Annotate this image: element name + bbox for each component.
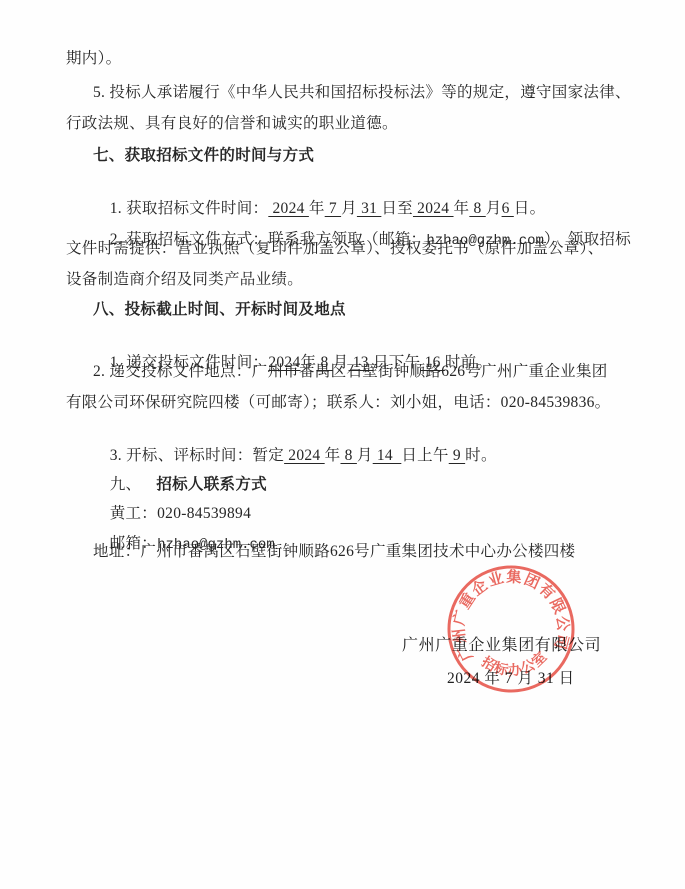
company-seal: 广州广重企业集团有限公司 招标办公室 <box>435 553 587 705</box>
text-run: 5. 投标人承诺履行《中华人民共和国招标投标法》等的规定，遵守国家法律、 <box>93 84 631 101</box>
text-run: 期内）。 <box>66 50 121 67</box>
doc-line: 行政法规、具有良好的信誉和诚实的职业道德。 <box>66 113 398 135</box>
section-heading-nine: 九、招标人联系方式 <box>93 452 267 474</box>
doc-line: 文件时需提供：营业执照（复印件加盖公章）、授权委托书（原件加盖公章）、 <box>66 238 604 260</box>
doc-line-obtain-method: 2. 获取招标文件方式：联系我方领取（邮箱：hzhao@gzhm.com）。领取… <box>93 207 631 229</box>
doc-line-obtain-time: 1. 获取招标文件时间： 2024 年 7 月 31 日至 2024 年 8 月… <box>93 176 545 198</box>
seal-ring-text: 广州广重企业集团有限公司 <box>445 562 574 665</box>
date-field-year: 2024 <box>284 447 325 464</box>
text-run: 月 <box>357 447 373 464</box>
document-page: 期内）。 5. 投标人承诺履行《中华人民共和国招标投标法》等的规定，遵守国家法律… <box>0 0 685 889</box>
doc-line-submit-time: 1. 递交投标文件时间：2024年 8 月 13 日下午 16 时前。 <box>93 330 492 352</box>
text-run: 有限公司环保研究院四楼（可邮寄）；联系人：刘小姐，电话：020-84539836… <box>66 394 610 411</box>
text-run: 地址：广州市番禺区石壁街钟顺路626号广重集团技术中心办公楼四楼 <box>93 543 575 560</box>
section-heading-seven: 七、获取招标文件的时间与方式 <box>93 145 314 167</box>
text-run: 2. 递交投标文件地点：广州市番禺区石壁街钟顺路626号广州广重企业集团 <box>93 363 608 380</box>
date-field-day: 14 <box>373 447 402 464</box>
text-run: 设备制造商介绍及同类产品业绩。 <box>66 271 303 288</box>
doc-line: 5. 投标人承诺履行《中华人民共和国招标投标法》等的规定，遵守国家法律、 <box>93 82 631 104</box>
doc-line-contact-huang: 黄工：020-84539894 <box>93 481 251 503</box>
date-field-month: 8 <box>340 447 356 464</box>
text-run: 年 <box>325 447 341 464</box>
text-run: 文件时需提供：营业执照（复印件加盖公章）、授权委托书（原件加盖公章）、 <box>66 240 604 257</box>
doc-line-email: 邮箱：hzhao@gzhm.com <box>93 511 275 533</box>
heading-text: 七、获取招标文件的时间与方式 <box>93 147 314 164</box>
doc-line: 设备制造商介绍及同类产品业绩。 <box>66 269 303 291</box>
seal-ring-text-holder: 广州广重企业集团有限公司 <box>445 562 574 665</box>
doc-line: 期内）。 <box>66 48 121 70</box>
heading-text: 八、投标截止时间、开标时间及地点 <box>93 301 346 318</box>
doc-line-contact-phone: 有限公司环保研究院四楼（可邮寄）；联系人：刘小姐，电话：020-84539836… <box>66 392 610 414</box>
seal-office-text: 招标办公室 <box>476 646 552 683</box>
time-field-hour: 9 <box>449 447 465 464</box>
seal-office-text-holder: 招标办公室 <box>476 646 552 683</box>
doc-line-open-bid-time: 3. 开标、评标时间：暂定 2024 年 8 月 14 日上午 9 时。 <box>93 423 497 445</box>
text-run: 时。 <box>465 447 497 464</box>
section-heading-eight: 八、投标截止时间、开标时间及地点 <box>93 299 346 321</box>
doc-line-submit-place: 2. 递交投标文件地点：广州市番禺区石壁街钟顺路626号广州广重企业集团 <box>93 361 608 383</box>
text-run: 日上午 <box>401 447 448 464</box>
text-run: 行政法规、具有良好的信誉和诚实的职业道德。 <box>66 115 398 132</box>
